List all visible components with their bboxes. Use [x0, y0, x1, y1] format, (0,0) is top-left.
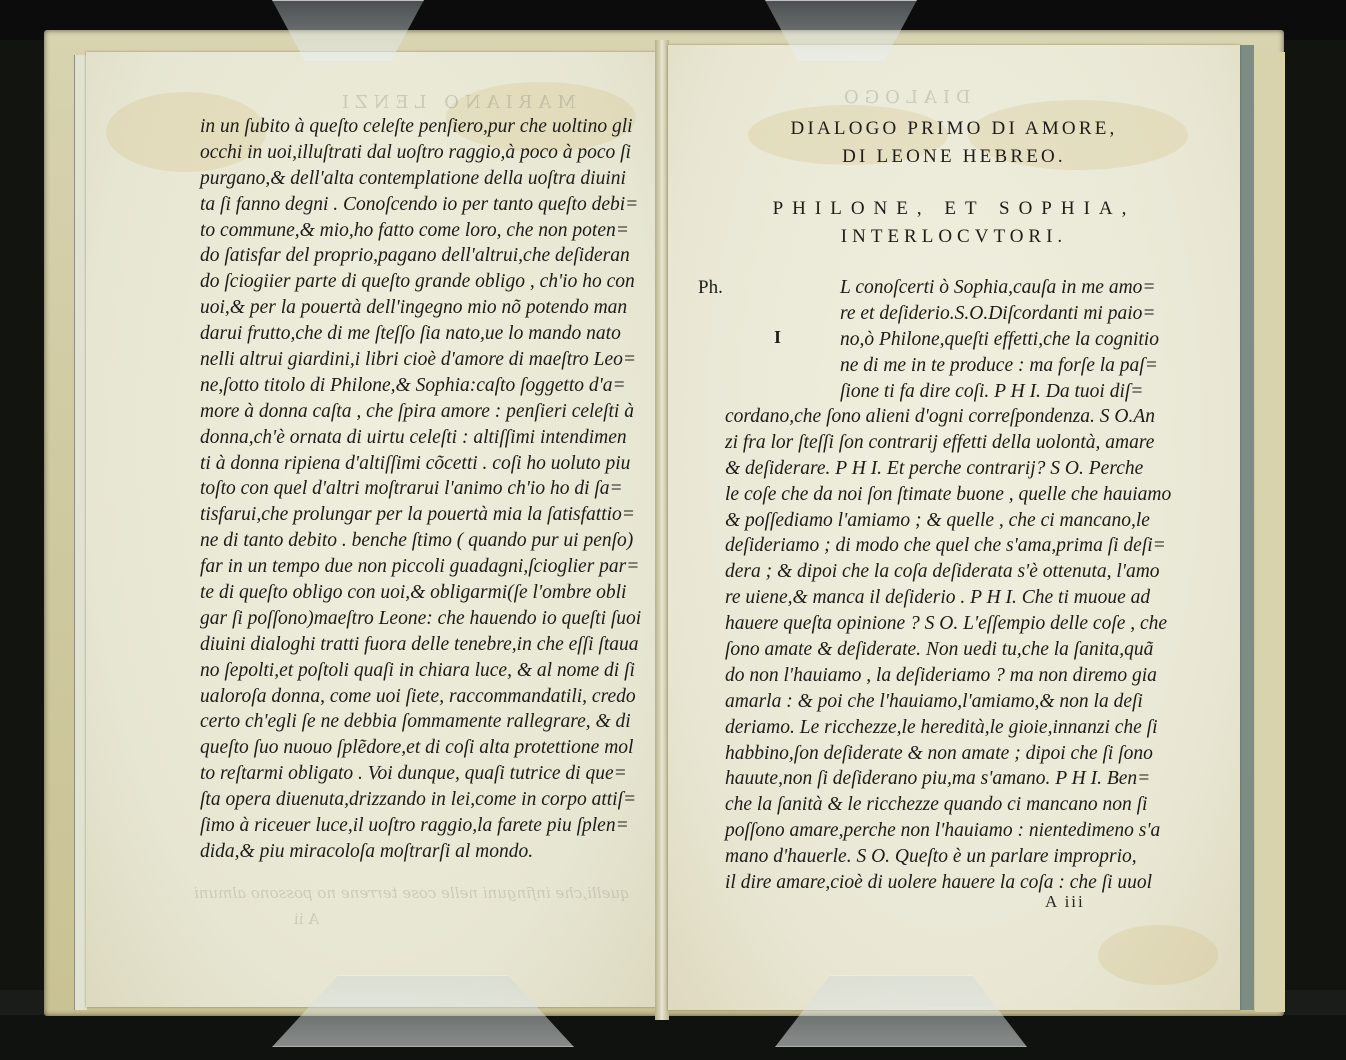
text-line: no,ò Philone,queſti effetti,che la cogni… — [840, 327, 1159, 353]
text-line: le coſe che da noi ſon ſtimate buone , q… — [725, 482, 1171, 508]
text-line: no ſepolti,et poſtoli quaſi in chiara lu… — [200, 658, 640, 684]
text-line: che la ſanità & le ricchezze quando ci m… — [725, 792, 1171, 818]
right-page: DIALOGO DIALOGO PRIMO DI AMORE, DI LEONE… — [668, 45, 1240, 1010]
title-line: DI LEONE HEBREO. — [668, 143, 1240, 171]
text-line: hauere queſta opinione ? S O. L'eſſempio… — [725, 611, 1171, 637]
running-head-showthrough: DIALOGO — [838, 87, 970, 108]
text-line: hauute,non ſi deſiderano piu,ma s'amano.… — [725, 766, 1171, 792]
text-line: cordano,che ſono alieni d'ogni correſpon… — [725, 404, 1171, 430]
text-line: ti à donna ripiena d'altiſſimi cõcetti .… — [200, 451, 640, 477]
text-line: do ſciogiier parte di queſto grande obli… — [200, 269, 640, 295]
page-stack-right — [1240, 45, 1254, 1010]
text-line: certo ch'egli ſe ne debbia ſommamente ra… — [200, 709, 640, 735]
text-line: & poſſediamo l'amiamo ; & quelle , che c… — [725, 508, 1171, 534]
interlocutors-heading: PHILONE, ET SOPHIA, INTERLOCVTORI. — [668, 195, 1240, 251]
foxing-stain — [1098, 925, 1218, 985]
text-line: ſimo à riceuer luce,il uoſtro raggio,la … — [200, 813, 640, 839]
title-line: DIALOGO PRIMO DI AMORE, — [668, 115, 1240, 143]
text-line: ne di me in te produce : ma forſe la paſ… — [840, 353, 1159, 379]
chapter-number: I — [774, 327, 781, 348]
text-line: re uiene,& manca il deſiderio . P H I. C… — [725, 585, 1171, 611]
text-line: ne,ſotto titolo di Philone,& Sophia:caſt… — [200, 373, 640, 399]
showthrough-line: quelli,che infinguni nelle cose terrene … — [194, 884, 630, 902]
running-head-showthrough: MARIANO LENZI — [336, 92, 576, 113]
text-line: il dire amare,cioè di uolere hauere la c… — [725, 870, 1171, 896]
text-line: L conoſcerti ò Sophia,cauſa in me amo= — [840, 275, 1159, 301]
text-line: ſta opera diuenuta,drizzando in lei,come… — [200, 787, 640, 813]
text-line: dera ; & dipoi che la coſa deſiderata s'… — [725, 559, 1171, 585]
text-line: far in un tempo due non piccoli guadagni… — [200, 554, 640, 580]
text-line: deriamo. Le ricchezze,le heredità,le gio… — [725, 715, 1171, 741]
dedication-text: in un ſubito à queſto celeſte penſiero,p… — [200, 114, 640, 865]
text-line: te di queſto obligo con uoi,& obligarmi(… — [200, 580, 640, 606]
interlocutors-line: PHILONE, ET SOPHIA, — [668, 195, 1240, 223]
backdrop-shelf — [0, 1015, 1346, 1060]
text-line: tisfarui,che prolungar per la pouertà mi… — [200, 502, 640, 528]
text-line: donna,ch'è ornata di uirtu celeſti : alt… — [200, 425, 640, 451]
speaker-mark: Ph. — [698, 277, 723, 299]
interlocutors-line: INTERLOCVTORI. — [668, 223, 1240, 251]
text-line: ſione ti fa dire coſi. P H I. Da tuoi di… — [840, 379, 1159, 405]
text-line: do ſatisfar del proprio,pagano dell'altr… — [200, 243, 640, 269]
left-page: MARIANO LENZI quelli,che infinguni nelle… — [86, 52, 658, 1007]
book-gutter — [655, 40, 669, 1020]
text-line: queſto ſuo nuouo ſplẽdore,et di coſi alt… — [200, 735, 640, 761]
text-line: ne di tanto debito . benche ſtimo ( quan… — [200, 528, 640, 554]
text-line: poſſono amare,perche non l'hauiamo : nie… — [725, 818, 1171, 844]
text-line: mano d'hauerle. S O. Queſto è un parlare… — [725, 844, 1171, 870]
text-line: dida,& piu miracoloſa moſtrarſi al mondo… — [200, 839, 640, 865]
text-line: occhi in uoi,illuſtrati dal uoſtro raggi… — [200, 140, 640, 166]
text-line: toſto con quel d'altri moſtrarui l'animo… — [200, 476, 640, 502]
text-line: ualoroſa donna, come uoi ſiete, raccomma… — [200, 684, 640, 710]
signature-mark: A iii — [1045, 892, 1085, 912]
text-line: to reſtarmi obligato . Voi dunque, quaſi… — [200, 761, 640, 787]
text-line: to commune,& mio,ho fatto come loro, che… — [200, 218, 640, 244]
text-line: amarla : & poi che l'hauiamo,l'amiamo,& … — [725, 689, 1171, 715]
text-line: habbino,ſon deſiderate & non amate ; dip… — [725, 741, 1171, 767]
text-line: more à donna caſta , che ſpira amore : p… — [200, 399, 640, 425]
text-line: gar ſi poſſono)maeſtro Leone: che hauend… — [200, 606, 640, 632]
text-line: re et deſiderio.S.O.Diſcordanti mi paio= — [840, 301, 1159, 327]
text-line: diuini dialoghi tratti fuora delle teneb… — [200, 632, 640, 658]
text-line: nelli altrui giardini,i libri cioè d'amo… — [200, 347, 640, 373]
text-line: & deſiderare. P H I. Et perche contrarij… — [725, 456, 1171, 482]
text-line: purgano,& dell'alta contemplatione della… — [200, 166, 640, 192]
dialogue-body: cordano,che ſono alieni d'ogni correſpon… — [725, 404, 1171, 896]
text-line: in un ſubito à queſto celeſte penſiero,p… — [200, 114, 640, 140]
cover-right-edge — [1255, 52, 1285, 1012]
showthrough-signature: A ii — [294, 910, 319, 928]
text-line: ſono amate & deſiderate. Non uedi tu,che… — [725, 637, 1171, 663]
dialogue-opening: L conoſcerti ò Sophia,cauſa in me amo= r… — [840, 275, 1159, 404]
text-line: uoi,& per la pouertà dell'ingegno mio nõ… — [200, 295, 640, 321]
text-line: darui frutto,che di me ſteſſo ſia nato,u… — [200, 321, 640, 347]
text-line: do non l'hauiamo , la deſideriamo ? ma n… — [725, 663, 1171, 689]
text-line: deſideriamo ; di modo che quel che s'ama… — [725, 533, 1171, 559]
dialogue-title: DIALOGO PRIMO DI AMORE, DI LEONE HEBREO. — [668, 115, 1240, 171]
text-line: zi fra lor ſteſſi ſon contrarij effetti … — [725, 430, 1171, 456]
text-line: ta ſi fanno degni . Conoſcendo io per ta… — [200, 192, 640, 218]
